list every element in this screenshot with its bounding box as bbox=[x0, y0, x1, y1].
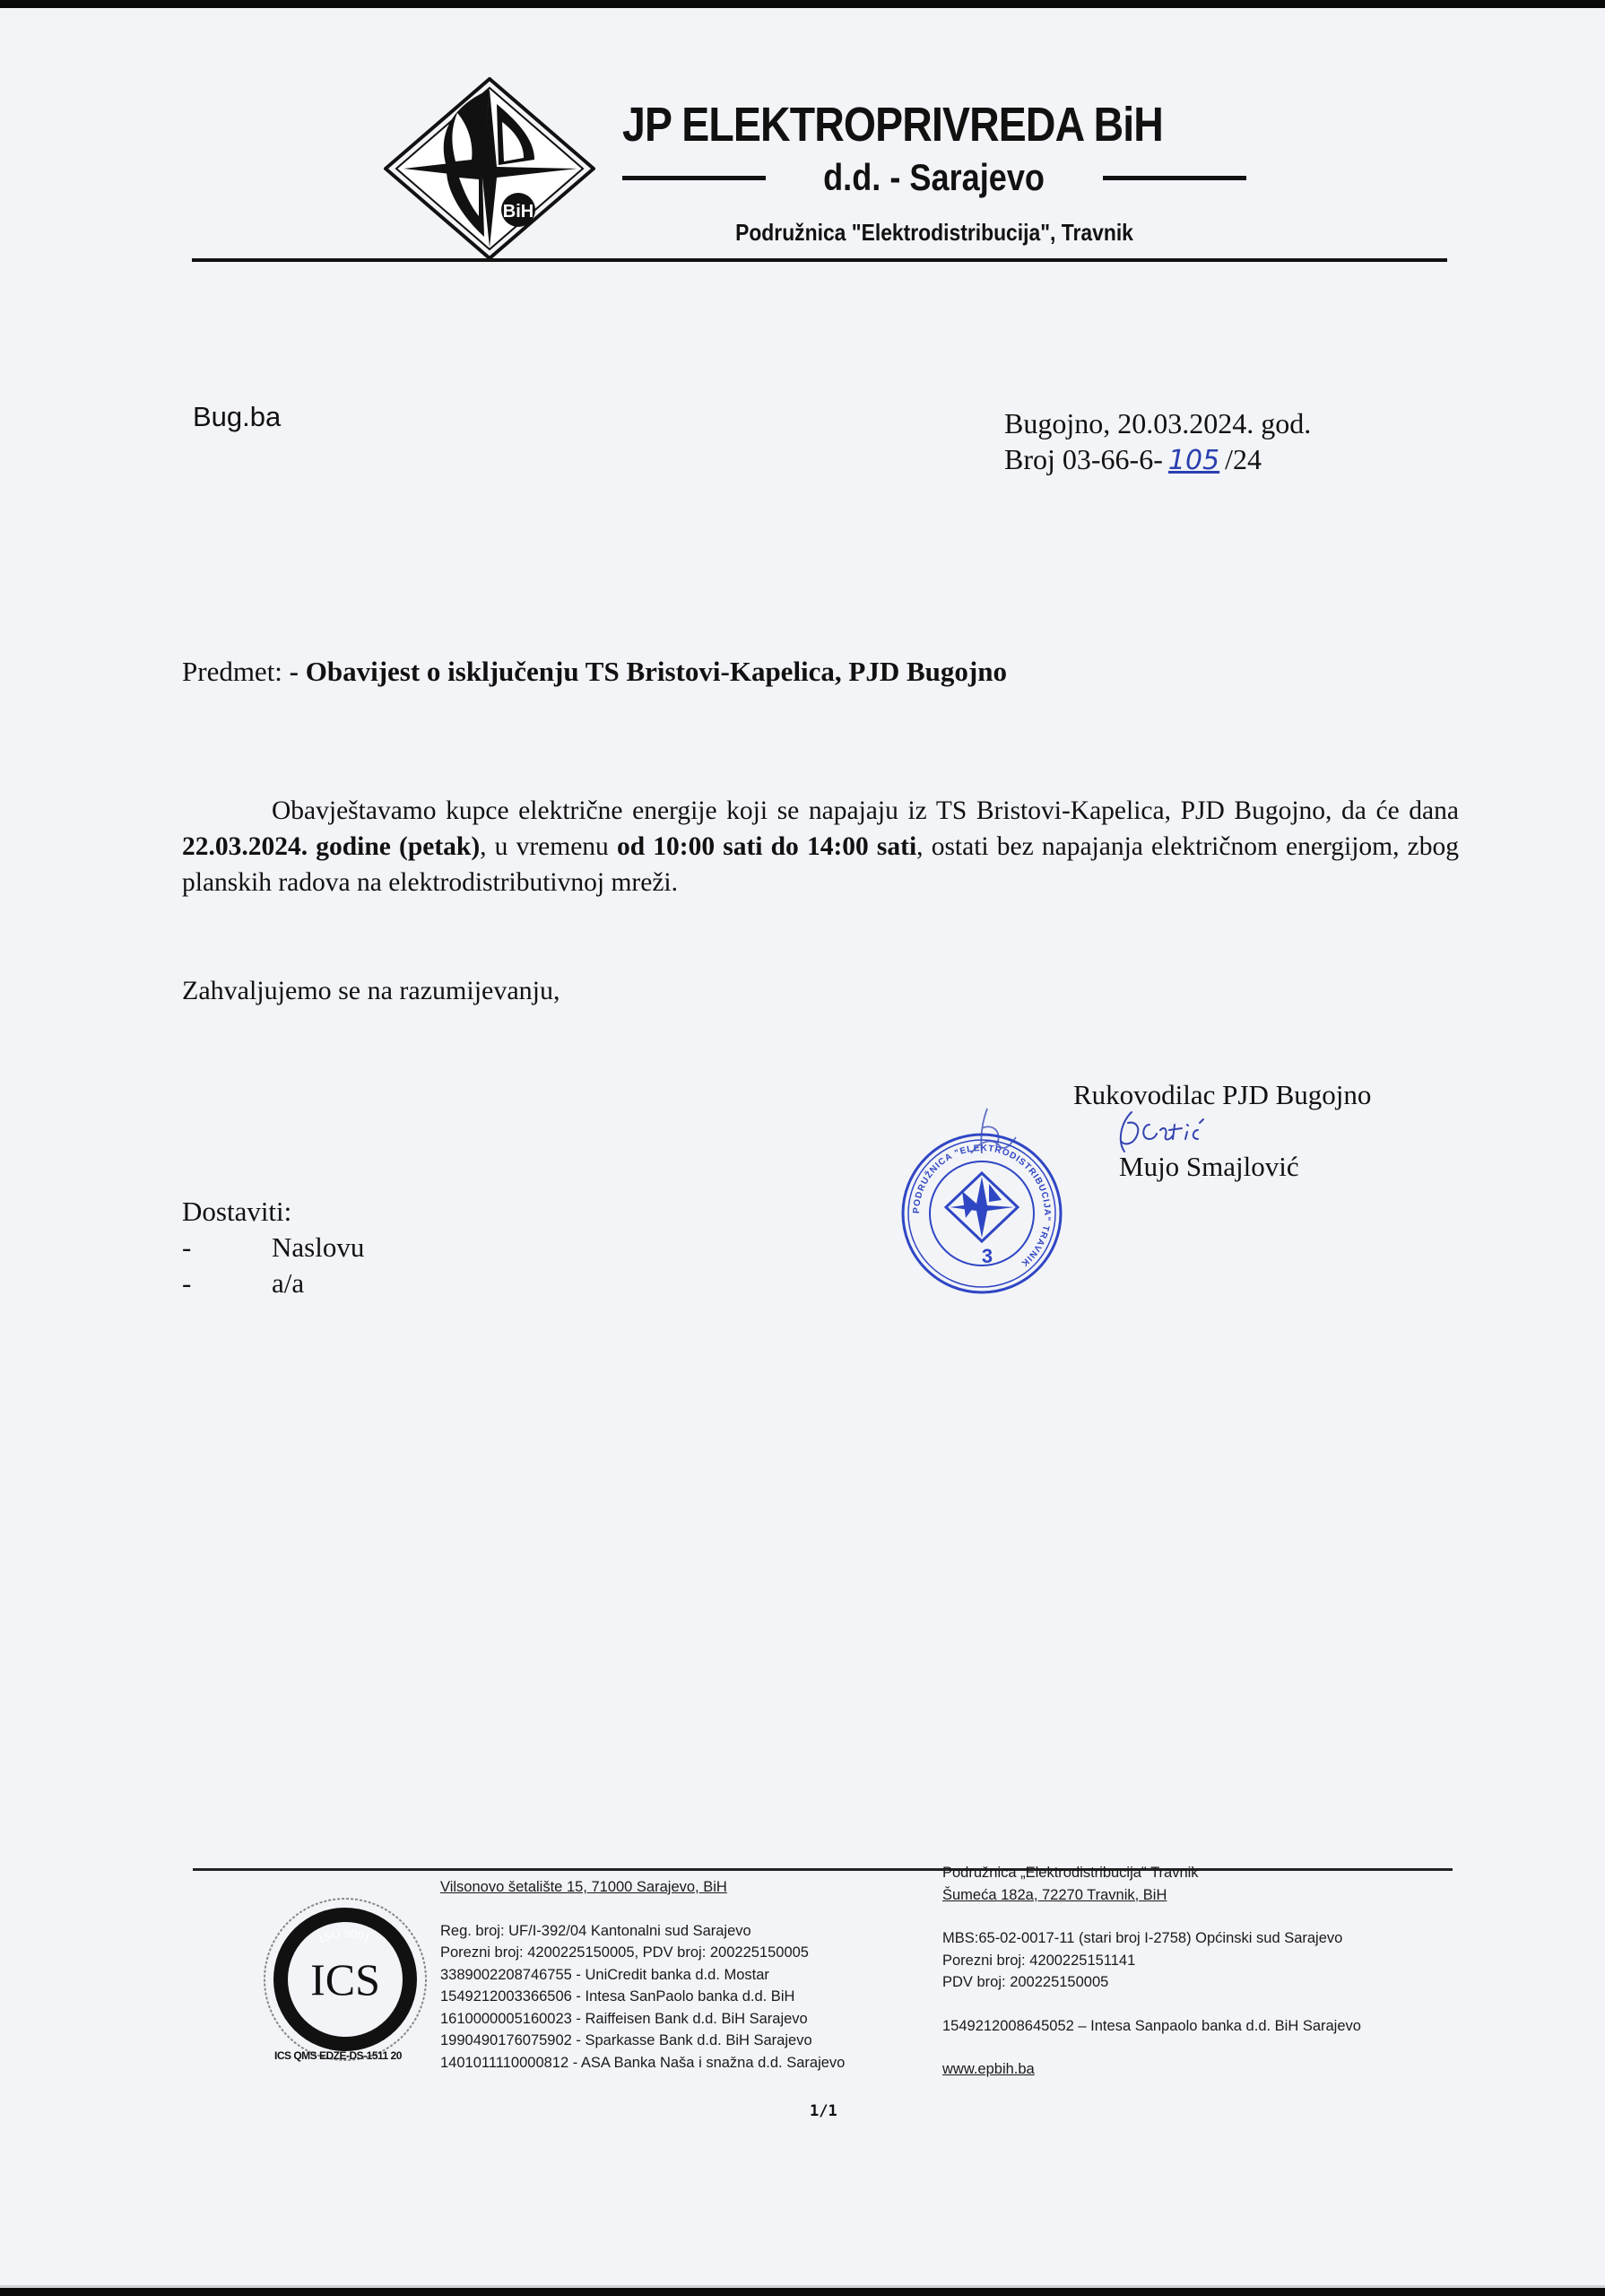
footer-line: 1610000005160023 - Raiffeisen Bank d.d. … bbox=[440, 2008, 845, 2031]
footer-line: 1549212003366506 - Intesa SanPaolo banka… bbox=[440, 1986, 845, 2008]
svg-text:BiH: BiH bbox=[503, 202, 534, 222]
branch-address: Šumeća 182a, 72270 Travnik, BiH bbox=[942, 1884, 1361, 1907]
company-subtitle: d.d. - Sarajevo bbox=[824, 156, 1045, 199]
header-divider bbox=[192, 258, 1447, 262]
ics-iso-certification-logo-icon: ISO 9001 ICS bbox=[260, 1894, 430, 2065]
svg-text:ICS: ICS bbox=[310, 1954, 380, 2005]
bullet: - bbox=[182, 1230, 272, 1265]
date-reference-block: Bugojno, 20.03.2024. god. Broj 03-66-6-1… bbox=[1004, 405, 1311, 479]
subject-text: - Obavijest o isključenju TS Bristovi-Ka… bbox=[290, 656, 1007, 687]
signatory-name: Mujo Smajlović bbox=[1119, 1151, 1299, 1183]
svg-text:ISO 9001: ISO 9001 bbox=[317, 1927, 372, 1946]
footer-line: 3389002208746755 - UniCredit banka d.d. … bbox=[440, 1964, 845, 1987]
distribution-item: -a/a bbox=[182, 1265, 364, 1301]
distribution-item-text: Naslovu bbox=[272, 1230, 364, 1265]
footer-line: Reg. broj: UF/I-392/04 Kantonalni sud Sa… bbox=[440, 1920, 845, 1943]
company-name: JP ELEKTROPRIVREDA BiH bbox=[622, 97, 1162, 152]
body-text: , u vremenu bbox=[480, 832, 617, 861]
subject-line: Predmet: - Obavijest o isključenju TS Br… bbox=[182, 656, 1007, 688]
hq-address: Vilsonovo šetalište 15, 71000 Sarajevo, … bbox=[440, 1876, 845, 1899]
page-number: 1/1 bbox=[810, 2102, 837, 2120]
footer-line: 1401011110000812 - ASA Banka Naša i snaž… bbox=[440, 2052, 845, 2074]
body-text: Obavještavamo kupce električne energije … bbox=[272, 796, 1459, 825]
recipient: Bug.ba bbox=[193, 401, 281, 433]
branch-mbs: MBS:65-02-0017-11 (stari broj I-2758) Op… bbox=[942, 1927, 1361, 1950]
company-subtitle-row: d.d. - Sarajevo bbox=[622, 154, 1246, 201]
distribution-label: Dostaviti: bbox=[182, 1194, 364, 1230]
reference-number: Broj 03-66-6-105/24 bbox=[1004, 441, 1311, 479]
branch-tax: Porezni broj: 4200225151141 bbox=[942, 1950, 1361, 1972]
official-stamp-icon: PODRUŽNICA "ELEKTRODISTRIBUCIJA" TRAVNIK… bbox=[899, 1101, 1070, 1299]
closing-line: Zahvaljujemo se na razumijevanju, bbox=[182, 976, 560, 1006]
branch-vat: PDV broj: 200225150005 bbox=[942, 1971, 1361, 1994]
website-link[interactable]: www.epbih.ba bbox=[942, 2058, 1361, 2081]
outage-date: 22.03.2024. godine (petak) bbox=[182, 832, 480, 861]
distribution-list: Dostaviti: -Naslovu -a/a bbox=[182, 1194, 364, 1301]
branch-name-footer: Podružnica „Elektrodistribucija" Travnik bbox=[942, 1862, 1361, 1884]
distribution-item: -Naslovu bbox=[182, 1230, 364, 1265]
header-dash-right bbox=[1103, 176, 1246, 180]
subject-label: Predmet: bbox=[182, 656, 282, 687]
scan-edge-top bbox=[0, 0, 1605, 8]
body-paragraph: Obavještavamo kupce električne energije … bbox=[182, 793, 1459, 900]
svg-text:3: 3 bbox=[982, 1245, 993, 1267]
place-date: Bugojno, 20.03.2024. god. bbox=[1004, 405, 1311, 441]
handwritten-number: 105 bbox=[1163, 445, 1225, 476]
reference-prefix: Broj 03-66-6- bbox=[1004, 443, 1163, 475]
footer-hq-info: Vilsonovo šetalište 15, 71000 Sarajevo, … bbox=[440, 1876, 845, 2074]
branch-bank: 1549212008645052 – Intesa Sanpaolo banka… bbox=[942, 2015, 1361, 2038]
reference-suffix: /24 bbox=[1225, 443, 1262, 475]
outage-time: od 10:00 sati do 14:00 sati bbox=[617, 832, 916, 861]
footer-line: Porezni broj: 4200225150005, PDV broj: 2… bbox=[440, 1942, 845, 1964]
distribution-item-text: a/a bbox=[272, 1265, 304, 1301]
footer-line: 1990490176075902 - Sparkasse Bank d.d. B… bbox=[440, 2030, 845, 2052]
company-logo-icon: BiH bbox=[384, 77, 595, 260]
footer-branch-info: Podružnica „Elektrodistribucija" Travnik… bbox=[942, 1862, 1361, 2081]
header-dash-left bbox=[622, 176, 766, 180]
branch-name: Podružnica "Elektrodistribucija", Travni… bbox=[660, 219, 1209, 247]
bullet: - bbox=[182, 1265, 272, 1301]
ics-caption: ICS QMS EDZE-DS-1511 20 bbox=[274, 2049, 402, 2062]
scan-edge-bottom bbox=[0, 2288, 1605, 2296]
